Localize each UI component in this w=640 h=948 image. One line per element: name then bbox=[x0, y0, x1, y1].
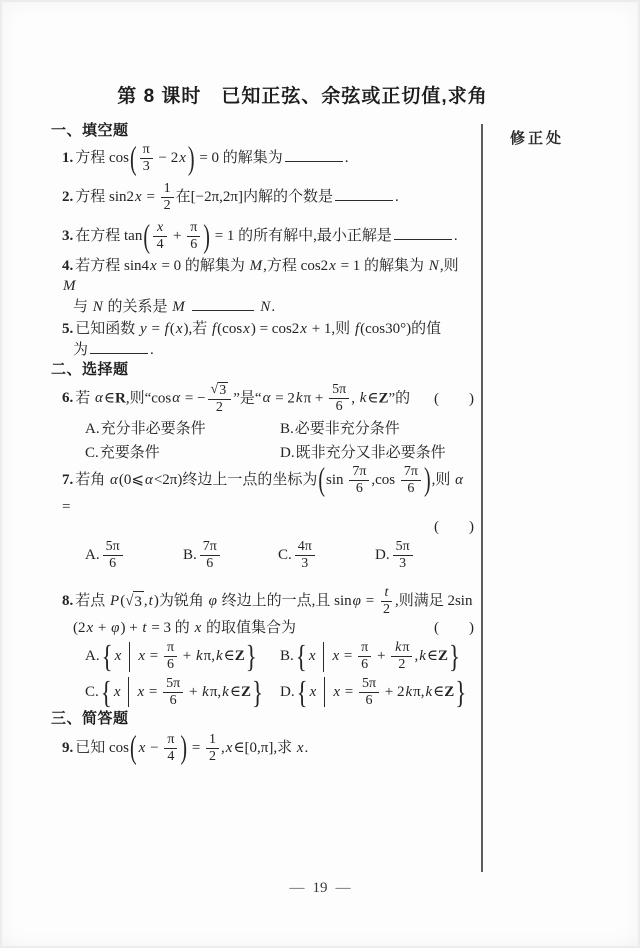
math-text: ∈ bbox=[104, 390, 115, 406]
math-text: 2 bbox=[164, 198, 171, 213]
denominator: 3 bbox=[396, 556, 409, 572]
math-var: α bbox=[94, 390, 104, 406]
math-var: x bbox=[137, 648, 146, 664]
math-text: = bbox=[146, 648, 162, 664]
options-row: A.{xx = π6 + kπ,k∈Z}B.{xx = π6 + kπ2,k∈Z… bbox=[40, 640, 476, 673]
math-text: 与 bbox=[73, 299, 92, 315]
question: 5.已知函数 y = f(x),若 f(cosx) = cos2x + 1,则 … bbox=[40, 319, 476, 360]
math-var: x bbox=[113, 684, 122, 700]
math-text: = 0 的解集为 bbox=[196, 150, 283, 166]
math-text: 7π bbox=[404, 464, 418, 479]
math-var: x bbox=[308, 648, 317, 664]
numerator: 1 bbox=[161, 181, 174, 198]
denominator: 6 bbox=[358, 657, 371, 673]
fraction: 5π6 bbox=[359, 676, 379, 709]
math-var: φ bbox=[110, 620, 120, 636]
question-line: 5.已知函数 y = f(x),若 f(cosx) = cos2x + 1,则 … bbox=[40, 319, 476, 339]
answer-blank bbox=[90, 339, 148, 354]
numerator: π bbox=[140, 142, 153, 159]
numerator: 7π bbox=[349, 464, 369, 481]
math-var: k bbox=[295, 390, 304, 406]
math-text: (cos bbox=[217, 321, 242, 337]
math-text: . bbox=[345, 150, 349, 166]
math-text: + bbox=[94, 620, 110, 636]
math-text: 已知 cos bbox=[75, 740, 129, 756]
math-text: <2π)终边上一点的坐标为 bbox=[154, 472, 318, 488]
set-brace: { bbox=[102, 641, 113, 673]
option-label: C. bbox=[85, 684, 100, 700]
question-line: 6.若 α∈R,则“cosα = −√32”是“α = 2kπ + 5π6, k… bbox=[40, 382, 476, 416]
question-line: 与 N 的关系是 M N. bbox=[40, 296, 476, 317]
math-text: 6 bbox=[361, 657, 368, 672]
section-heading: 三、简答题 bbox=[40, 709, 476, 728]
fraction: 12 bbox=[161, 181, 174, 214]
question-number: 5. bbox=[62, 321, 75, 337]
math-text: 5π bbox=[332, 382, 346, 397]
denominator: 6 bbox=[353, 481, 366, 497]
numerator: 4π bbox=[295, 539, 315, 556]
math-text: 方程 cos bbox=[75, 150, 129, 166]
math-text: = bbox=[62, 499, 70, 515]
big-paren: ) bbox=[188, 142, 195, 175]
math-var: k bbox=[215, 648, 224, 664]
option-label: D. bbox=[280, 684, 296, 700]
denominator: 3 bbox=[298, 556, 311, 572]
math-var: k bbox=[418, 648, 427, 664]
math-var: x bbox=[332, 684, 341, 700]
option-item: D.{xx = 5π6 + 2kπ,k∈Z} bbox=[280, 676, 476, 709]
math-text: 5π bbox=[362, 676, 376, 691]
big-paren: ( bbox=[130, 142, 137, 175]
fraction: 4π3 bbox=[295, 539, 315, 572]
denominator: 2 bbox=[206, 749, 219, 765]
math-text: π + bbox=[304, 390, 328, 406]
math-text: 2 bbox=[216, 400, 223, 415]
question: 2.方程 sin2x = 12在[−2π,2π]内解的个数是. bbox=[40, 181, 476, 214]
math-text: (0⩽ bbox=[119, 472, 144, 488]
math-text: ∈ bbox=[230, 684, 241, 700]
question: 8.若点 P(√3,t)为锐角 φ 终边上的一点,且 sinφ = t2,则满足… bbox=[40, 585, 476, 709]
math-var: x bbox=[194, 620, 203, 636]
numerator: π bbox=[164, 640, 177, 657]
math-text: 为 bbox=[73, 342, 88, 358]
math-text: 3 bbox=[143, 159, 150, 174]
math-var: x bbox=[242, 321, 251, 337]
math-text: 必要非充分条件 bbox=[295, 421, 400, 437]
question-number: 7. bbox=[62, 472, 75, 488]
math-text: 既非充分又非必要条件 bbox=[296, 445, 446, 461]
scanned-page: 第 8 课时 已知正弦、余弦或正切值,求角 修正处 一、填空题1.方程 cos(… bbox=[0, 0, 640, 948]
option-item: A.充分非必要条件 bbox=[85, 418, 280, 440]
set-divider bbox=[324, 677, 325, 707]
big-paren: ) bbox=[203, 220, 210, 253]
radical-icon: √ bbox=[211, 382, 219, 398]
math-text: = bbox=[145, 684, 161, 700]
math-var: x bbox=[134, 189, 143, 205]
math-text: = bbox=[340, 648, 356, 664]
math-text: ∈[0,π],求 bbox=[233, 740, 295, 756]
radical-icon: √ bbox=[125, 591, 133, 611]
math-var: x bbox=[328, 258, 337, 274]
question: 7.若角 α(0⩽α<2π)终边上一点的坐标为(sin 7π6,cos 7π6)… bbox=[40, 464, 476, 572]
math-text: sin bbox=[326, 472, 347, 488]
math-text: 6 bbox=[365, 693, 372, 708]
math-text: 2 bbox=[398, 657, 405, 672]
math-text: 4 bbox=[167, 749, 174, 764]
math-set-symbol: Z bbox=[444, 684, 454, 700]
option-label: D. bbox=[375, 547, 391, 563]
math-text: = − bbox=[181, 390, 205, 406]
math-text: ) = cos2 bbox=[251, 321, 299, 337]
math-set-symbol: Z bbox=[241, 684, 251, 700]
big-paren: ( bbox=[130, 732, 137, 765]
option-label: B. bbox=[280, 648, 295, 664]
numerator: 7π bbox=[200, 539, 220, 556]
math-text: + 2 bbox=[381, 684, 404, 700]
question-line: (2x + φ) + t = 3 的 x 的取值集合为( ) bbox=[40, 618, 476, 638]
math-text: + 1,则 bbox=[308, 321, 354, 337]
math-text bbox=[186, 299, 190, 315]
fraction: 7π6 bbox=[200, 539, 220, 572]
denominator: 2 bbox=[161, 198, 174, 214]
question-number: 3. bbox=[62, 228, 75, 244]
math-text: 5π bbox=[166, 676, 180, 691]
question-number: 2. bbox=[62, 189, 75, 205]
set-divider bbox=[128, 677, 129, 707]
fraction: π6 bbox=[164, 640, 177, 673]
math-text: 的取值集合为 bbox=[202, 620, 296, 636]
math-var: k bbox=[425, 684, 434, 700]
denominator: 6 bbox=[164, 657, 177, 673]
sqrt: √3 bbox=[125, 591, 144, 612]
math-var: x bbox=[299, 321, 308, 337]
math-text: 2 bbox=[209, 749, 216, 764]
math-text: π bbox=[167, 640, 174, 655]
math-text: ”是“ bbox=[233, 390, 261, 406]
option-item: D.5π3 bbox=[375, 539, 476, 572]
page-footer: —19— bbox=[0, 880, 640, 897]
numerator: √3 bbox=[208, 382, 232, 400]
math-text: − bbox=[146, 740, 162, 756]
math-text: 充分非必要条件 bbox=[101, 421, 206, 437]
math-var: M bbox=[62, 278, 77, 294]
math-var: x bbox=[296, 740, 305, 756]
math-text: 3 bbox=[301, 556, 308, 571]
math-set-symbol: Z bbox=[438, 648, 448, 664]
numerator: π bbox=[187, 220, 200, 237]
math-text: , bbox=[351, 390, 359, 406]
fraction: 7π6 bbox=[349, 464, 369, 497]
math-var: k bbox=[201, 684, 210, 700]
math-text: + bbox=[373, 648, 389, 664]
math-text: 6 bbox=[190, 237, 197, 252]
math-text: + bbox=[179, 648, 195, 664]
math-text: ,则满足 2sin bbox=[395, 593, 473, 609]
math-var: k bbox=[221, 684, 230, 700]
math-text: ,则 bbox=[432, 472, 455, 488]
math-text: π, bbox=[204, 648, 215, 664]
questions-area: 一、填空题1.方程 cos(π3 − 2x) = 0 的解集为.2.方程 sin… bbox=[40, 121, 476, 765]
footer-dash-right: — bbox=[336, 880, 351, 896]
math-text: π bbox=[361, 640, 368, 655]
math-text: (2 bbox=[73, 620, 86, 636]
math-text: 6 bbox=[167, 657, 174, 672]
math-var: φ bbox=[352, 593, 362, 609]
question: 9.已知 cos(x − π4) = 12,x∈[0,π],求 x. bbox=[40, 732, 476, 765]
math-text: ∈ bbox=[367, 390, 378, 406]
set-brace: } bbox=[252, 676, 263, 708]
math-var: y bbox=[139, 321, 148, 337]
math-text: 6 bbox=[336, 399, 343, 414]
math-text: = 3 的 bbox=[148, 620, 194, 636]
math-text: 若方程 sin4 bbox=[75, 258, 149, 274]
option-label: C. bbox=[278, 547, 293, 563]
math-text: = bbox=[341, 684, 357, 700]
math-text: ,则“cos bbox=[126, 390, 171, 406]
math-text: )为锐角 bbox=[154, 593, 208, 609]
math-text: π, bbox=[413, 684, 424, 700]
fraction: π3 bbox=[140, 142, 153, 175]
denominator: 6 bbox=[106, 556, 119, 572]
numerator: kπ bbox=[391, 640, 412, 657]
question-number: 1. bbox=[62, 150, 75, 166]
answer-bracket: ( ) bbox=[434, 618, 474, 638]
big-paren: ) bbox=[180, 732, 187, 765]
math-text: 的关系是 bbox=[104, 299, 172, 315]
option-item: B.必要非充分条件 bbox=[280, 418, 476, 440]
set-brace: } bbox=[449, 641, 460, 673]
big-paren: ) bbox=[424, 464, 431, 497]
question-line: 8.若点 P(√3,t)为锐角 φ 终边上的一点,且 sinφ = t2,则满足… bbox=[40, 585, 476, 618]
option-label: A. bbox=[85, 648, 101, 664]
math-text: + bbox=[185, 684, 201, 700]
math-text: = 2 bbox=[271, 390, 294, 406]
radicand: 3 bbox=[218, 382, 228, 399]
answer-blank bbox=[192, 296, 254, 311]
math-text: = 0 的解集为 bbox=[158, 258, 249, 274]
math-set-symbol: R bbox=[115, 390, 126, 406]
math-text: 5π bbox=[106, 539, 120, 554]
math-text: = bbox=[143, 189, 159, 205]
denominator: 3 bbox=[140, 159, 153, 175]
lesson-title: 第 8 课时 已知正弦、余弦或正切值,求角 bbox=[40, 81, 565, 108]
math-text: = bbox=[188, 740, 204, 756]
math-text: 4π bbox=[298, 539, 312, 554]
math-text: 充要条件 bbox=[100, 445, 160, 461]
section-heading: 一、填空题 bbox=[40, 121, 476, 140]
math-text: 方程 sin2 bbox=[75, 189, 134, 205]
math-text: 1 bbox=[209, 732, 216, 747]
denominator: 6 bbox=[167, 693, 180, 709]
math-var: N bbox=[92, 299, 104, 315]
denominator: 6 bbox=[362, 693, 375, 709]
math-text: . bbox=[150, 342, 154, 358]
math-text: 终边上的一点,且 sin bbox=[218, 593, 352, 609]
numerator: x bbox=[153, 220, 167, 237]
math-text: 7π bbox=[352, 464, 366, 479]
math-text: ,cos bbox=[371, 472, 399, 488]
math-var: x bbox=[309, 684, 318, 700]
set-brace: { bbox=[297, 676, 308, 708]
math-var: N bbox=[259, 299, 271, 315]
math-var: φ bbox=[208, 593, 218, 609]
answer-blank bbox=[394, 225, 452, 240]
numerator: 5π bbox=[163, 676, 183, 693]
math-var: k bbox=[195, 648, 204, 664]
question-number: 6. bbox=[62, 390, 75, 406]
math-text: − 2 bbox=[155, 150, 178, 166]
set-divider bbox=[129, 642, 130, 672]
math-text: π bbox=[167, 732, 174, 747]
math-text: 5π bbox=[396, 539, 410, 554]
math-var: t bbox=[384, 585, 390, 600]
question-line: 3.在方程 tan(x4 + π6) = 1 的所有解中,最小正解是. bbox=[40, 220, 476, 253]
denominator: 6 bbox=[333, 399, 346, 415]
question-line: 4.若方程 sin4x = 0 的解集为 M,方程 cos2x = 1 的解集为… bbox=[40, 256, 476, 296]
math-text: π bbox=[402, 640, 409, 655]
question-line: 7.若角 α(0⩽α<2π)终边上一点的坐标为(sin 7π6,cos 7π6)… bbox=[40, 464, 476, 517]
question: 1.方程 cos(π3 − 2x) = 0 的解集为. bbox=[40, 142, 476, 175]
question-number: 8. bbox=[62, 593, 75, 609]
denominator: 6 bbox=[187, 237, 200, 253]
numerator: t bbox=[381, 585, 393, 602]
math-text: = 1 的所有解中,最小正解是 bbox=[211, 228, 392, 244]
fraction: π6 bbox=[358, 640, 371, 673]
math-var: x bbox=[178, 150, 187, 166]
sqrt: √3 bbox=[211, 382, 229, 399]
math-set-symbol: Z bbox=[235, 648, 245, 664]
math-var: x bbox=[86, 620, 95, 636]
math-text: = bbox=[362, 593, 378, 609]
question: 4.若方程 sin4x = 0 的解集为 M,方程 cos2x = 1 的解集为… bbox=[40, 256, 476, 317]
math-var: α bbox=[144, 472, 154, 488]
options-row: C.{xx = 5π6 + kπ,k∈Z}D.{xx = 5π6 + 2kπ,k… bbox=[40, 676, 476, 709]
option-label: A. bbox=[85, 547, 101, 563]
math-var: x bbox=[175, 321, 184, 337]
math-text: ,方程 cos2 bbox=[263, 258, 328, 274]
math-text: 若角 bbox=[75, 472, 109, 488]
footer-dash-left: — bbox=[290, 880, 305, 896]
math-text: 4 bbox=[157, 237, 164, 252]
fraction: kπ2 bbox=[391, 640, 412, 673]
option-item: B.{xx = π6 + kπ2,k∈Z} bbox=[280, 640, 476, 673]
math-var: M bbox=[249, 258, 264, 274]
numerator: 5π bbox=[393, 539, 413, 556]
math-set-symbol: Z bbox=[378, 390, 388, 406]
answer-blank bbox=[285, 147, 343, 162]
denominator: 6 bbox=[203, 556, 216, 572]
math-var: x bbox=[114, 648, 123, 664]
denominator: 2 bbox=[213, 400, 226, 416]
numerator: 5π bbox=[359, 676, 379, 693]
options-row: A.5π6B.7π6C.4π3D.5π3 bbox=[40, 539, 476, 572]
math-var: M bbox=[171, 299, 186, 315]
math-text: = bbox=[148, 321, 164, 337]
answer-bracket: ( ) bbox=[434, 389, 474, 409]
fraction: 5π6 bbox=[329, 382, 349, 415]
option-label: B. bbox=[280, 421, 295, 437]
numerator: 7π bbox=[401, 464, 421, 481]
option-item: B.7π6 bbox=[183, 539, 278, 572]
fraction: 5π3 bbox=[393, 539, 413, 572]
question-line: 1.方程 cos(π3 − 2x) = 0 的解集为. bbox=[40, 142, 476, 175]
math-text: ”的 bbox=[389, 390, 411, 406]
answer-blank bbox=[335, 186, 393, 201]
math-var: x bbox=[331, 648, 340, 664]
denominator: 4 bbox=[164, 749, 177, 765]
denominator: 2 bbox=[380, 602, 393, 618]
math-text: ∈ bbox=[433, 684, 444, 700]
math-text: (cos30°)的值 bbox=[360, 321, 441, 337]
big-paren: ( bbox=[143, 220, 150, 253]
options-row: C.充要条件D.既非充分又非必要条件 bbox=[40, 442, 476, 464]
denominator: 6 bbox=[404, 481, 417, 497]
fraction: π4 bbox=[164, 732, 177, 765]
math-text: 6 bbox=[109, 556, 116, 571]
question-line: 9.已知 cos(x − π4) = 12,x∈[0,π],求 x. bbox=[40, 732, 476, 765]
math-var: P bbox=[109, 593, 120, 609]
math-text: 3 bbox=[399, 556, 406, 571]
question: 3.在方程 tan(x4 + π6) = 1 的所有解中,最小正解是. bbox=[40, 220, 476, 253]
numerator: 5π bbox=[329, 382, 349, 399]
math-text: ∈ bbox=[427, 648, 438, 664]
fraction: t2 bbox=[380, 585, 393, 618]
numerator: 1 bbox=[206, 732, 219, 749]
denominator: 4 bbox=[154, 237, 167, 253]
math-text: 若点 bbox=[75, 593, 109, 609]
math-text: 已知函数 bbox=[75, 321, 139, 337]
math-text: 在方程 tan bbox=[75, 228, 142, 244]
math-text: 6 bbox=[170, 693, 177, 708]
math-var: x bbox=[156, 220, 164, 235]
math-text: 6 bbox=[356, 481, 363, 496]
math-text: π bbox=[190, 220, 197, 235]
math-text: π, bbox=[210, 684, 221, 700]
options-row: A.充分非必要条件B.必要非充分条件 bbox=[40, 418, 476, 440]
numerator: π bbox=[164, 732, 177, 749]
set-divider bbox=[323, 642, 324, 672]
math-text: 6 bbox=[206, 556, 213, 571]
big-paren: ( bbox=[318, 464, 325, 497]
math-text: 6 bbox=[407, 481, 414, 496]
math-text: . bbox=[271, 299, 275, 315]
radicand: 3 bbox=[133, 591, 144, 612]
math-var: α bbox=[109, 472, 119, 488]
set-brace: { bbox=[296, 641, 307, 673]
math-var: k bbox=[405, 684, 414, 700]
math-text: ),若 bbox=[184, 321, 212, 337]
math-text: . bbox=[454, 228, 458, 244]
question-line: ( ) bbox=[40, 517, 476, 537]
option-item: A.{xx = π6 + kπ,k∈Z} bbox=[85, 640, 280, 673]
page-number: 19 bbox=[313, 880, 328, 896]
math-var: α bbox=[454, 472, 464, 488]
math-text: 7π bbox=[203, 539, 217, 554]
option-label: B. bbox=[183, 547, 198, 563]
math-text: + bbox=[169, 228, 185, 244]
question-line: 2.方程 sin2x = 12在[−2π,2π]内解的个数是. bbox=[40, 181, 476, 214]
numerator: π bbox=[358, 640, 371, 657]
option-label: C. bbox=[85, 445, 100, 461]
math-text: π bbox=[143, 142, 150, 157]
math-text: ,则 bbox=[440, 258, 459, 274]
option-label: D. bbox=[280, 445, 296, 461]
math-text: . bbox=[395, 189, 399, 205]
fraction: √32 bbox=[208, 382, 232, 416]
math-text: = 1 的解集为 bbox=[337, 258, 428, 274]
fraction: 5π6 bbox=[103, 539, 123, 572]
math-text: 2 bbox=[383, 602, 390, 617]
